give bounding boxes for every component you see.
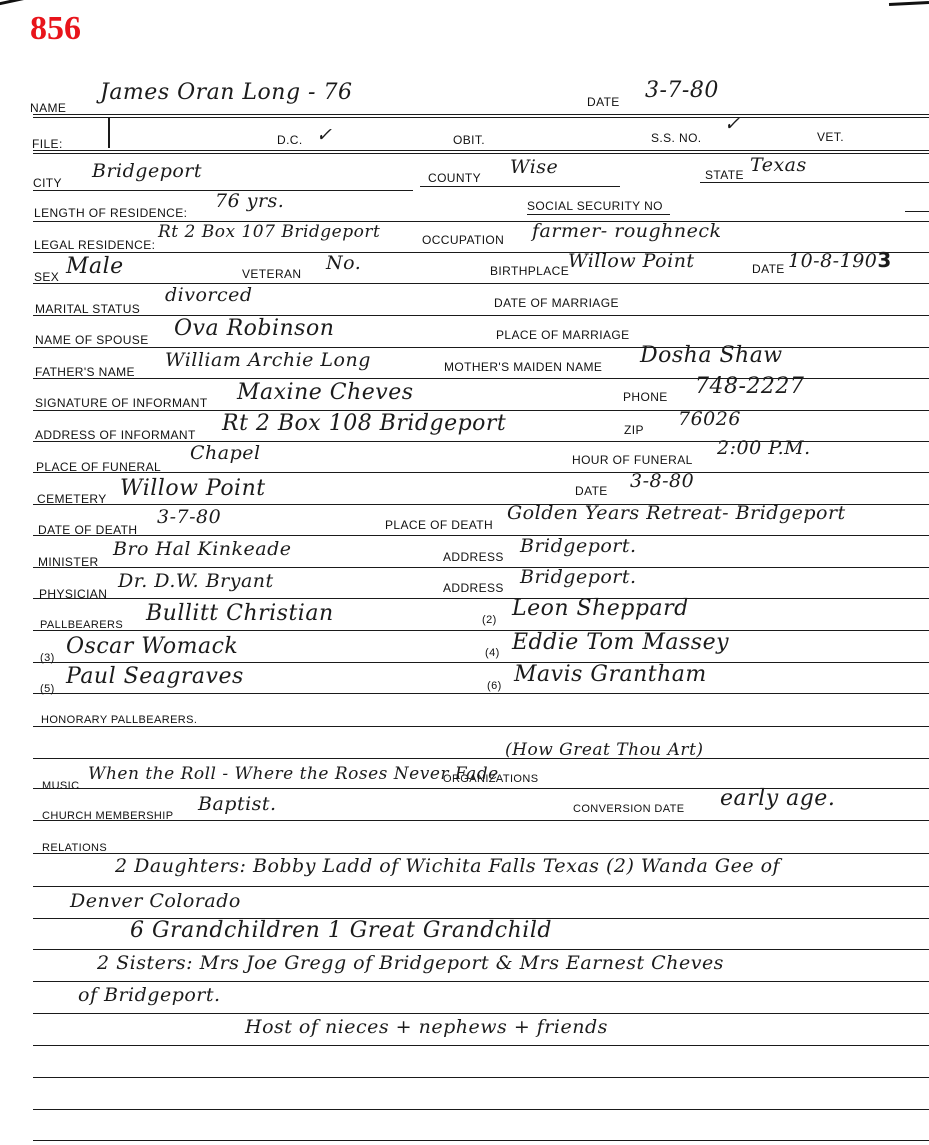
rule (33, 315, 929, 316)
conversion-date-label: CONVERSION DATE (573, 803, 685, 815)
physician-value[interactable]: Dr. D.W. Bryant (118, 570, 274, 592)
relations-line[interactable]: 6 Grandchildren 1 Great Grandchild (130, 918, 552, 943)
county-label: COUNTY (428, 171, 481, 185)
rule (905, 211, 929, 212)
rule (420, 186, 620, 187)
rule (33, 150, 929, 151)
rule (33, 949, 929, 950)
social-security-label: SOCIAL SECURITY NO (527, 199, 663, 213)
veteran-label: VETERAN (242, 267, 301, 281)
pallbearer-6-num: (6) (487, 680, 502, 692)
place-of-funeral-value[interactable]: Chapel (190, 442, 261, 464)
rule (33, 472, 929, 473)
mother-label: MOTHER'S MAIDEN NAME (444, 360, 602, 374)
pallbearer-4-num: (4) (485, 647, 500, 659)
rule (33, 981, 929, 982)
pallbearer-3[interactable]: Oscar Womack (66, 634, 238, 659)
spouse-label: NAME OF SPOUSE (35, 333, 149, 347)
birth-date-text: 10-8-190 (788, 250, 877, 272)
music-label: MUSIC (42, 780, 79, 792)
rule (33, 1109, 929, 1110)
rule (33, 1140, 929, 1141)
hour-of-funeral-value[interactable]: 2:00 P.M. (717, 437, 811, 459)
minister-value[interactable]: Bro Hal Kinkeade (113, 538, 292, 560)
veteran-value[interactable]: No. (326, 252, 361, 274)
birthplace-label: BIRTHPLACE (490, 264, 569, 278)
date-of-marriage-label: DATE OF MARRIAGE (494, 296, 619, 310)
sex-value[interactable]: Male (66, 254, 124, 279)
music-extra[interactable]: (How Great Thou Art) (505, 740, 704, 760)
church-membership-value[interactable]: Baptist. (198, 793, 277, 815)
informant-address-label: ADDRESS OF INFORMANT (35, 428, 196, 442)
sex-label: SEX (34, 270, 59, 284)
rule (33, 693, 929, 694)
rule (527, 214, 670, 215)
city-value[interactable]: Bridgeport (92, 160, 202, 182)
pallbearer-1[interactable]: Bullitt Christian (146, 601, 334, 626)
pen-stroke (108, 118, 110, 148)
page-number: 856 (30, 10, 81, 48)
conversion-date-value[interactable]: early age. (720, 786, 835, 811)
pallbearer-5[interactable]: Paul Seagraves (66, 664, 244, 689)
birthplace-value[interactable]: Willow Point (568, 250, 695, 272)
birth-date-suffix: 3 (877, 248, 891, 272)
physician-address-value[interactable]: Bridgeport. (520, 566, 637, 588)
cemetery-value[interactable]: Willow Point (120, 476, 266, 501)
rule (33, 114, 929, 115)
marital-status-value[interactable]: divorced (165, 284, 253, 306)
name-label: NAME (30, 101, 66, 115)
rule (33, 598, 929, 599)
relations-line[interactable]: of Bridgeport. (78, 984, 221, 1006)
vet-label: VET. (817, 130, 844, 144)
place-of-death-label: PLACE OF DEATH (385, 518, 493, 532)
birth-date-label: DATE (752, 262, 785, 276)
phone-value[interactable]: 748-2227 (695, 374, 804, 399)
phone-label: PHONE (623, 390, 668, 404)
place-of-death-value[interactable]: Golden Years Retreat- Bridgeport (507, 502, 846, 524)
relations-line[interactable]: 2 Daughters: Bobby Ladd of Wichita Falls… (115, 855, 780, 877)
file-label: FILE: (32, 137, 63, 151)
informant-signature-value[interactable]: Maxine Cheves (237, 380, 414, 405)
length-of-residence-label: LENGTH OF RESIDENCE: (34, 206, 187, 220)
rule (33, 1077, 929, 1078)
date-label: DATE (587, 95, 620, 109)
father-label: FATHER'S NAME (35, 365, 135, 379)
scan-mark (889, 1, 929, 6)
relations-line[interactable]: 2 Sisters: Mrs Joe Gregg of Bridgeport &… (97, 952, 724, 974)
rule (700, 182, 929, 183)
rule (33, 758, 929, 759)
city-label: CITY (33, 176, 62, 190)
music-value[interactable]: When the Roll - Where the Roses Never Fa… (88, 764, 499, 784)
date-of-death-value[interactable]: 3-7-80 (157, 506, 221, 528)
pallbearer-2[interactable]: Leon Sheppard (512, 596, 689, 621)
state-value[interactable]: Texas (750, 154, 807, 176)
honorary-pallbearers-label: HONORARY PALLBEARERS. (41, 714, 197, 726)
rule (33, 820, 929, 821)
mother-value[interactable]: Dosha Shaw (640, 343, 783, 368)
zip-label: ZIP (624, 423, 644, 437)
pallbearer-2-num: (2) (482, 614, 497, 626)
rule (33, 1045, 929, 1046)
name-value[interactable]: James Oran Long - 76 (100, 80, 352, 105)
hour-of-funeral-label: HOUR OF FUNERAL (572, 453, 693, 467)
rule (33, 886, 929, 887)
relations-line[interactable]: Host of nieces + nephews + friends (245, 1016, 608, 1038)
scan-mark (0, 0, 24, 6)
spouse-value[interactable]: Ova Robinson (174, 316, 334, 341)
state-label: STATE (705, 168, 744, 182)
length-of-residence-value[interactable]: 76 yrs. (215, 190, 284, 212)
ss-no-check[interactable]: ✓ (724, 113, 740, 135)
pallbearer-6[interactable]: Mavis Grantham (514, 662, 707, 687)
place-of-marriage-label: PLACE OF MARRIAGE (496, 328, 630, 342)
informant-signature-label: SIGNATURE OF INFORMANT (35, 396, 208, 410)
obit-label: OBIT. (453, 133, 485, 147)
rule (33, 726, 929, 727)
informant-address-value[interactable]: Rt 2 Box 108 Bridgeport (222, 411, 506, 436)
county-value[interactable]: Wise (510, 156, 558, 178)
rule (33, 662, 929, 663)
organizations-label: ORGANIZATIONS (443, 773, 538, 785)
physician-address-label: ADDRESS (443, 581, 504, 595)
legal-residence-label: LEGAL RESIDENCE: (34, 238, 155, 252)
dc-check[interactable]: ✓ (316, 124, 332, 146)
rule (33, 853, 929, 854)
pallbearer-4[interactable]: Eddie Tom Massey (512, 630, 729, 655)
minister-address-value[interactable]: Bridgeport. (520, 535, 637, 557)
relations-line[interactable]: Denver Colorado (70, 890, 241, 912)
date-value[interactable]: 3-7-80 (645, 78, 719, 103)
funeral-date-value[interactable]: 3-8-80 (630, 470, 694, 492)
rule (33, 567, 929, 568)
rule (33, 535, 929, 536)
occupation-value[interactable]: farmer- roughneck (532, 220, 722, 242)
rule (33, 1013, 929, 1014)
zip-value[interactable]: 76026 (678, 408, 741, 430)
minister-address-label: ADDRESS (443, 550, 504, 564)
occupation-label: OCCUPATION (422, 233, 504, 247)
marital-status-label: MARITAL STATUS (35, 302, 140, 316)
ss-no-label: S.S. NO. (651, 131, 702, 145)
funeral-date-label: DATE (575, 484, 608, 498)
legal-residence-value[interactable]: Rt 2 Box 107 Bridgeport (158, 222, 380, 242)
birth-date-value[interactable]: 10-8-1903 (788, 248, 892, 272)
rule (33, 630, 929, 631)
father-value[interactable]: William Archie Long (165, 349, 371, 371)
dc-label: D.C. (277, 133, 303, 147)
rule (33, 347, 929, 348)
